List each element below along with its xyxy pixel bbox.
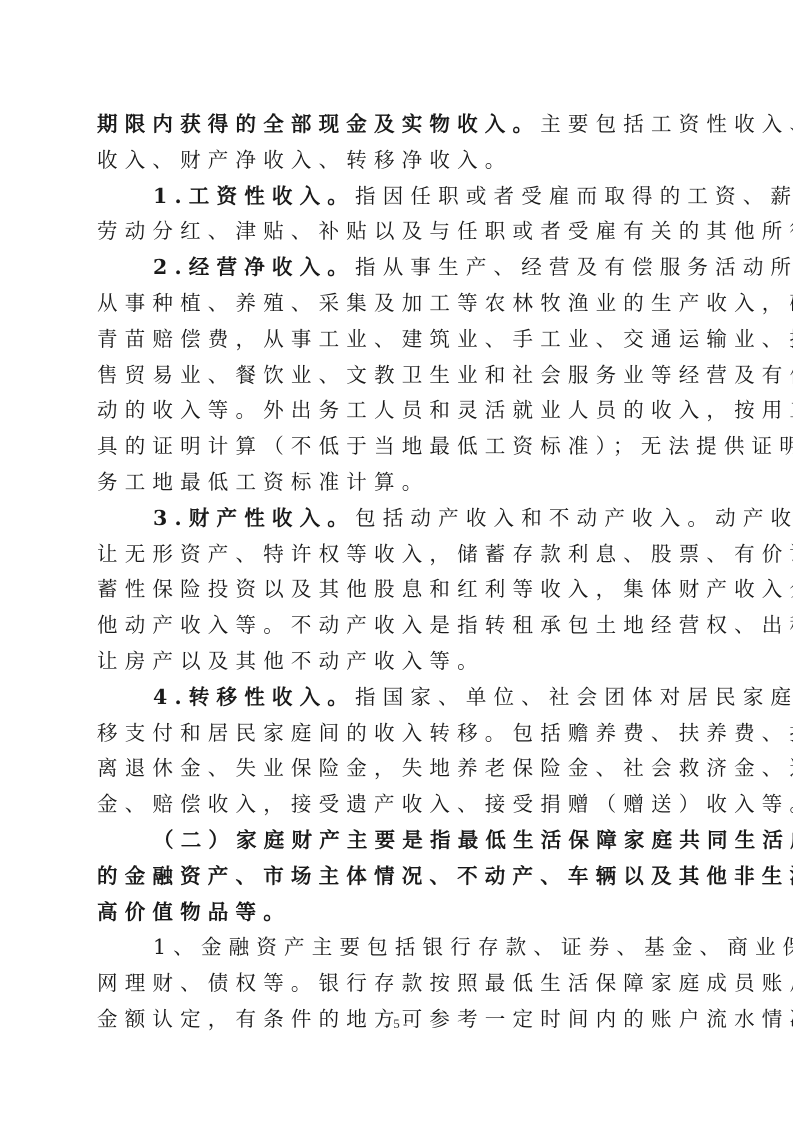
text-run: 指因任职或者受雇而取得的工资、薪金、奖金、: [355, 184, 793, 208]
text-run: 让房产以及其他不动产收入等。: [97, 649, 485, 673]
bold-run: （二）家庭财产主要是指最低生活保障家庭共同生活成员名下: [153, 828, 793, 852]
page-number: - 5 -: [0, 1016, 793, 1032]
subsection-heading-line: 高价值物品等。: [97, 895, 713, 931]
text-run: 包括动产收入和不动产收入。动产收入是指出: [355, 506, 793, 530]
text-run: 务工地最低工资标准计算。: [97, 470, 429, 494]
text-run: 让无形资产、特许权等收入，储蓄存款利息、股票、有价证券、储: [97, 542, 793, 566]
section-heading-line: 3.财产性收入。包括动产收入和不动产收入。动产收入是指出: [97, 501, 713, 537]
text-run: 动的收入等。外出务工人员和灵活就业人员的收入，按用工单位出: [97, 398, 793, 422]
text-line: 务工地最低工资标准计算。: [97, 465, 713, 501]
text-line: 劳动分红、津贴、补贴以及与任职或者受雇有关的其他所得等。: [97, 214, 713, 250]
text-run: 1、金融资产主要包括银行存款、证券、基金、商业保险、互联: [153, 935, 793, 959]
bold-run: 3.财产性收入。: [153, 506, 355, 530]
text-line: 金、赔偿收入，接受遗产收入、接受捐赠（赠送）收入等。: [97, 787, 713, 823]
bold-run: 高价值物品等。: [97, 900, 291, 924]
text-run: 收入、财产净收入、转移净收入。: [97, 148, 513, 172]
bold-run: 1.工资性收入。: [153, 184, 355, 208]
section-heading-line: 1.工资性收入。指因任职或者受雇而取得的工资、薪金、奖金、: [97, 179, 713, 215]
text-run: 劳动分红、津贴、补贴以及与任职或者受雇有关的其他所得等。: [97, 219, 793, 243]
text-run: 主要包括工资性收入、经营净: [540, 112, 793, 136]
text-line: 1、金融资产主要包括银行存款、证券、基金、商业保险、互联: [97, 930, 713, 966]
text-line: 他动产收入等。不动产收入是指转租承包土地经营权、出租或者出: [97, 608, 713, 644]
text-line: 移支付和居民家庭间的收入转移。包括赡养费、扶养费、抚养费，: [97, 716, 713, 752]
text-line: 收入、财产净收入、转移净收入。: [97, 143, 713, 179]
text-line: 让无形资产、特许权等收入，储蓄存款利息、股票、有价证券、储: [97, 537, 713, 573]
bold-run: 期限内获得的全部现金及实物收入。: [97, 112, 540, 136]
text-line: 网理财、债权等。银行存款按照最低生活保障家庭成员账户中的总: [97, 966, 713, 1002]
text-run: 指国家、单位、社会团体对居民家庭的各种转: [355, 685, 793, 709]
text-run: 移支付和居民家庭间的收入转移。包括赡养费、扶养费、抚养费，: [97, 721, 793, 745]
section-heading-line: 4.转移性收入。指国家、单位、社会团体对居民家庭的各种转: [97, 680, 713, 716]
subsection-heading-line: （二）家庭财产主要是指最低生活保障家庭共同生活成员名下: [97, 823, 713, 859]
text-run: 网理财、债权等。银行存款按照最低生活保障家庭成员账户中的总: [97, 971, 793, 995]
text-run: 蓄性保险投资以及其他股息和红利等收入，集体财产收入分红和其: [97, 577, 793, 601]
text-line: 蓄性保险投资以及其他股息和红利等收入，集体财产收入分红和其: [97, 572, 713, 608]
text-line: 离退休金、失业保险金，失地养老保险金、社会救济金、遗属补助: [97, 751, 713, 787]
text-run: 从事种植、养殖、采集及加工等农林牧渔业的生产收入，矿山沉陷: [97, 291, 793, 315]
text-run: 青苗赔偿费，从事工业、建筑业、手工业、交通运输业、批发和零: [97, 327, 793, 351]
text-line: 售贸易业、餐饮业、文教卫生业和社会服务业等经营及有偿服务活: [97, 358, 713, 394]
text-line: 让房产以及其他不动产收入等。: [97, 644, 713, 680]
text-run: 售贸易业、餐饮业、文教卫生业和社会服务业等经营及有偿服务活: [97, 363, 793, 387]
text-run: 他动产收入等。不动产收入是指转租承包土地经营权、出租或者出: [97, 613, 793, 637]
section-heading-line: 2.经营净收入。指从事生产、经营及有偿服务活动所得。包括: [97, 250, 713, 286]
text-run: 金、赔偿收入，接受遗产收入、接受捐赠（赠送）收入等。: [97, 792, 793, 816]
text-line: 具的证明计算（不低于当地最低工资标准）；无法提供证明的，按: [97, 429, 713, 465]
text-line: 从事种植、养殖、采集及加工等农林牧渔业的生产收入，矿山沉陷: [97, 286, 713, 322]
text-run: 具的证明计算（不低于当地最低工资标准）；无法提供证明的，按: [97, 434, 793, 458]
text-run: 指从事生产、经营及有偿服务活动所得。包括: [355, 255, 793, 279]
text-line: 期限内获得的全部现金及实物收入。主要包括工资性收入、经营净: [97, 107, 713, 143]
bold-run: 4.转移性收入。: [153, 685, 355, 709]
subsection-heading-line: 的金融资产、市场主体情况、不动产、车辆以及其他非生活必需的: [97, 859, 713, 895]
document-page: 期限内获得的全部现金及实物收入。主要包括工资性收入、经营净 收入、财产净收入、转…: [97, 107, 713, 1038]
text-line: 青苗赔偿费，从事工业、建筑业、手工业、交通运输业、批发和零: [97, 322, 713, 358]
text-run: 离退休金、失业保险金，失地养老保险金、社会救济金、遗属补助: [97, 756, 793, 780]
text-line: 动的收入等。外出务工人员和灵活就业人员的收入，按用工单位出: [97, 393, 713, 429]
bold-run: 2.经营净收入。: [153, 255, 355, 279]
bold-run: 的金融资产、市场主体情况、不动产、车辆以及其他非生活必需的: [97, 864, 793, 888]
